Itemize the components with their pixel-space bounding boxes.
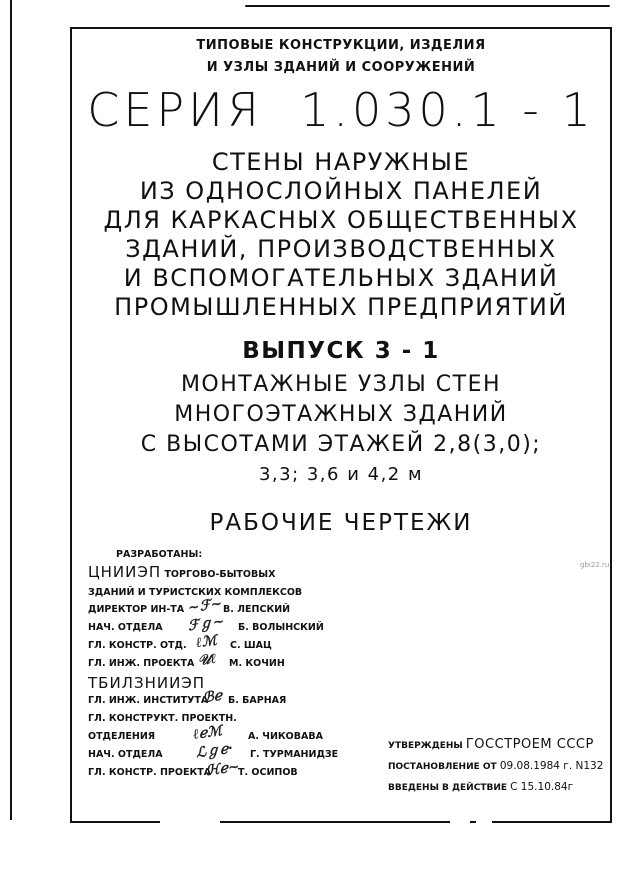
title-line: ЗДАНИЙ, ПРОИЗВОДСТВЕННЫХ	[70, 235, 612, 264]
approval-line-3: ВВЕДЕНЫ В ДЕЙСТВИЕ С 15.10.84г	[388, 777, 603, 798]
title-line: СТЕНЫ НАРУЖНЫЕ	[70, 148, 612, 177]
staff-row: ОТДЕЛЕНИЯ ℓℯℳ А. ЧИКОВАВА	[88, 728, 302, 746]
staff-name: А. ЧИКОВАВА	[248, 728, 323, 746]
approval-line-1: УТВЕРЖДЕНЫ ГОССТРОЕМ СССР	[388, 735, 603, 756]
org1-line: ЦНИИЭП ТОРГОВО-БЫТОВЫХ	[88, 564, 302, 584]
subtitle-line: МОНТАЖНЫЕ УЗЛЫ СТЕН	[70, 370, 612, 400]
staff-role: НАЧ. ОТДЕЛА	[88, 619, 163, 637]
developers-block: РАЗРАБОТАНЫ: ЦНИИЭП ТОРГОВО-БЫТОВЫХ ЗДАН…	[88, 546, 302, 781]
series-number: СЕРИЯ 1.030.1 - 1	[70, 80, 612, 140]
collection-header: ТИПОВЫЕ КОНСТРУКЦИИ, ИЗДЕЛИЯ И УЗЛЫ ЗДАН…	[70, 35, 612, 79]
staff-row: ГЛ. КОНСТР. ОТД. ℓℳ С. ШАЦ	[88, 637, 302, 655]
issue-subtitle: МОНТАЖНЫЕ УЗЛЫ СТЕН МНОГОЭТАЖНЫХ ЗДАНИЙ …	[70, 370, 612, 490]
developers-label: РАЗРАБОТАНЫ:	[88, 546, 302, 564]
title-line: ДЛЯ КАРКАСНЫХ ОБЩЕСТВЕННЫХ	[70, 206, 612, 235]
subtitle-line: 3,3; 3,6 и 4,2 м	[70, 460, 612, 490]
title-line: ИЗ ОДНОСЛОЙНЫХ ПАНЕЛЕЙ	[70, 177, 612, 206]
effective-date: С 15.10.84г	[510, 781, 573, 793]
staff-role: ДИРЕКТОР ИН-ТА	[88, 601, 184, 619]
frame-gap	[450, 821, 470, 825]
staff-role: ГЛ. КОНСТР. ОТД.	[88, 637, 187, 655]
page-edge-line-top	[245, 5, 610, 7]
staff-name: Б. БАРНАЯ	[228, 692, 286, 710]
document-type: РАБОЧИЕ ЧЕРТЕЖИ	[70, 508, 612, 538]
subtitle-line: МНОГОЭТАЖНЫХ ЗДАНИЙ	[70, 400, 612, 430]
header-line-2: И УЗЛЫ ЗДАНИЙ И СООРУЖЕНИЙ	[70, 57, 612, 79]
staff-role: НАЧ. ОТДЕЛА	[88, 746, 163, 764]
signature: 𝒰ℓ	[197, 651, 218, 671]
staff-row: ГЛ. КОНСТРУКТ. ПРОЕКТН.	[88, 710, 302, 728]
staff-role: ОТДЕЛЕНИЯ	[88, 728, 155, 746]
approving-authority: ГОССТРОЕМ СССР	[466, 737, 594, 752]
staff-row: ГЛ. ИНЖ. ИНСТИТУТА ℬℯ Б. БАРНАЯ	[88, 692, 302, 710]
staff-role: ГЛ. ИНЖ. ИНСТИТУТА	[88, 692, 208, 710]
staff-role: ГЛ. КОНСТР. ПРОЕКТА	[88, 764, 211, 782]
org2-name: ТБИЛЗНИИЭП	[88, 675, 302, 693]
org1-desc-1: ТОРГОВО-БЫТОВЫХ	[164, 569, 275, 580]
frame-gap	[476, 821, 492, 825]
staff-row: ГЛ. ИНЖ. ПРОЕКТА 𝒰ℓ М. КОЧИН	[88, 655, 302, 673]
issue-number: ВЫПУСК 3 - 1	[70, 336, 612, 366]
staff-name: Б. ВОЛЫНСКИЙ	[238, 619, 324, 637]
subtitle-line: С ВЫСОТАМИ ЭТАЖЕЙ 2,8(3,0);	[70, 430, 612, 460]
signature: ℬℯ	[202, 688, 224, 708]
staff-row: НАЧ. ОТДЕЛА ℒℊℯ· Г. ТУРМАНИДЗЕ	[88, 746, 302, 764]
org1-name: ЦНИИЭП	[88, 563, 161, 581]
staff-row: ГЛ. КОНСТР. ПРОЕКТА ℋℯ~ Т. ОСИПОВ	[88, 764, 302, 782]
staff-row: НАЧ. ОТДЕЛА ℱℊ~ Б. ВОЛЫНСКИЙ	[88, 619, 302, 637]
title-line: ПРОМЫШЛЕННЫХ ПРЕДПРИЯТИЙ	[70, 293, 612, 322]
watermark: gbi22.ru	[580, 561, 609, 569]
staff-name: В. ЛЕПСКИЙ	[223, 601, 290, 619]
header-line-1: ТИПОВЫЕ КОНСТРУКЦИИ, ИЗДЕЛИЯ	[70, 35, 612, 57]
approval-line-2: ПОСТАНОВЛЕНИЕ ОТ 09.08.1984 г. N132	[388, 756, 603, 777]
signature: ℋℯ~	[205, 758, 241, 780]
resolution-date: 09.08.1984 г. N132	[500, 760, 604, 772]
staff-role: ГЛ. ИНЖ. ПРОЕКТА	[88, 655, 194, 673]
staff-name: С. ШАЦ	[230, 637, 272, 655]
title-line: И ВСПОМОГАТЕЛЬНЫХ ЗДАНИЙ	[70, 264, 612, 293]
approval-block: УТВЕРЖДЕНЫ ГОССТРОЕМ СССР ПОСТАНОВЛЕНИЕ …	[388, 735, 603, 798]
page-edge-line	[10, 0, 12, 820]
document-title: СТЕНЫ НАРУЖНЫЕ ИЗ ОДНОСЛОЙНЫХ ПАНЕЛЕЙ ДЛ…	[70, 148, 612, 322]
staff-name: М. КОЧИН	[229, 655, 285, 673]
staff-name: Т. ОСИПОВ	[238, 764, 298, 782]
frame-gap	[160, 821, 220, 825]
staff-name: Г. ТУРМАНИДЗЕ	[250, 746, 338, 764]
